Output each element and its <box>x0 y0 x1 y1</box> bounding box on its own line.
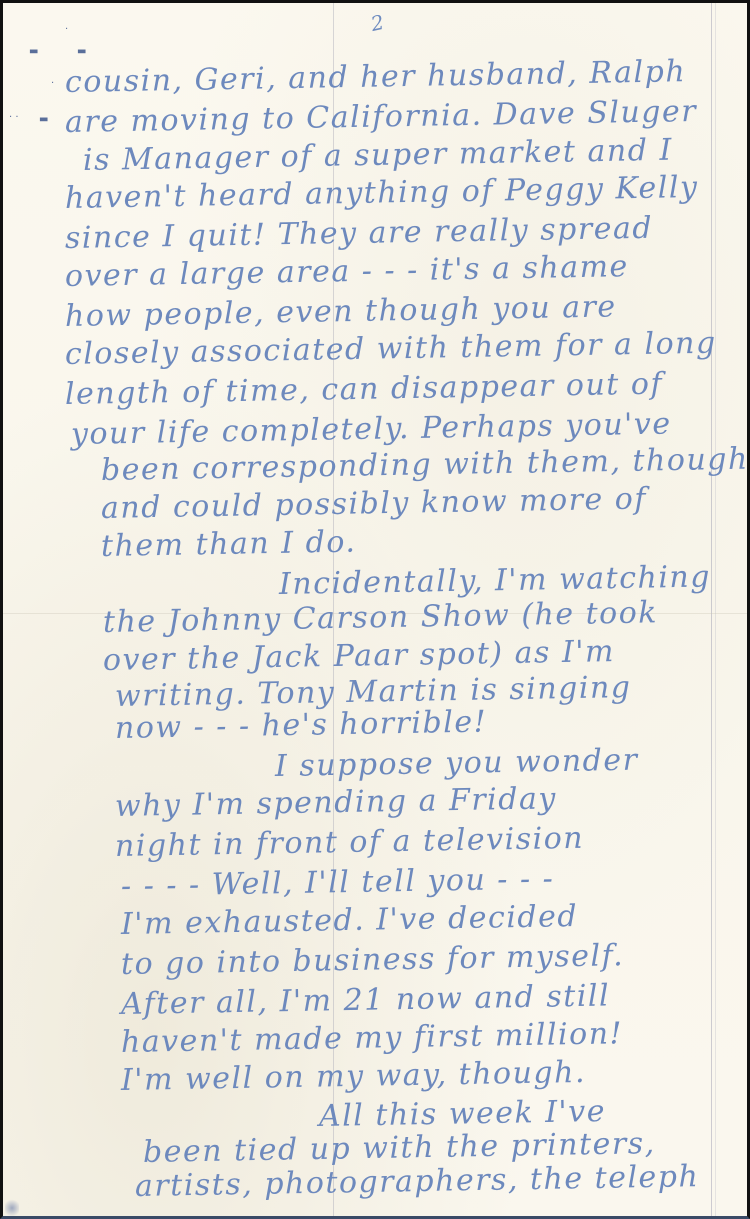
letter-page: ▬ · ▬ · · · ▬ 2 cousin, Geri, and her hu… <box>0 0 750 1219</box>
margin-mark: ▬ <box>77 47 86 57</box>
letter-line: I suppose you wonder <box>275 743 639 784</box>
margin-mark: ▬ <box>29 47 38 57</box>
margin-mark: · · <box>9 113 19 123</box>
letter-line: them than I do. <box>101 525 357 564</box>
margin-mark: ▬ <box>39 115 48 125</box>
letter-line: now - - - he's horrible! <box>115 705 488 746</box>
margin-mark: · <box>51 79 54 89</box>
margin-mark: · <box>65 25 68 35</box>
fold-line <box>715 3 716 1216</box>
fold-line <box>711 3 712 1216</box>
ink-smudge <box>5 1198 19 1218</box>
